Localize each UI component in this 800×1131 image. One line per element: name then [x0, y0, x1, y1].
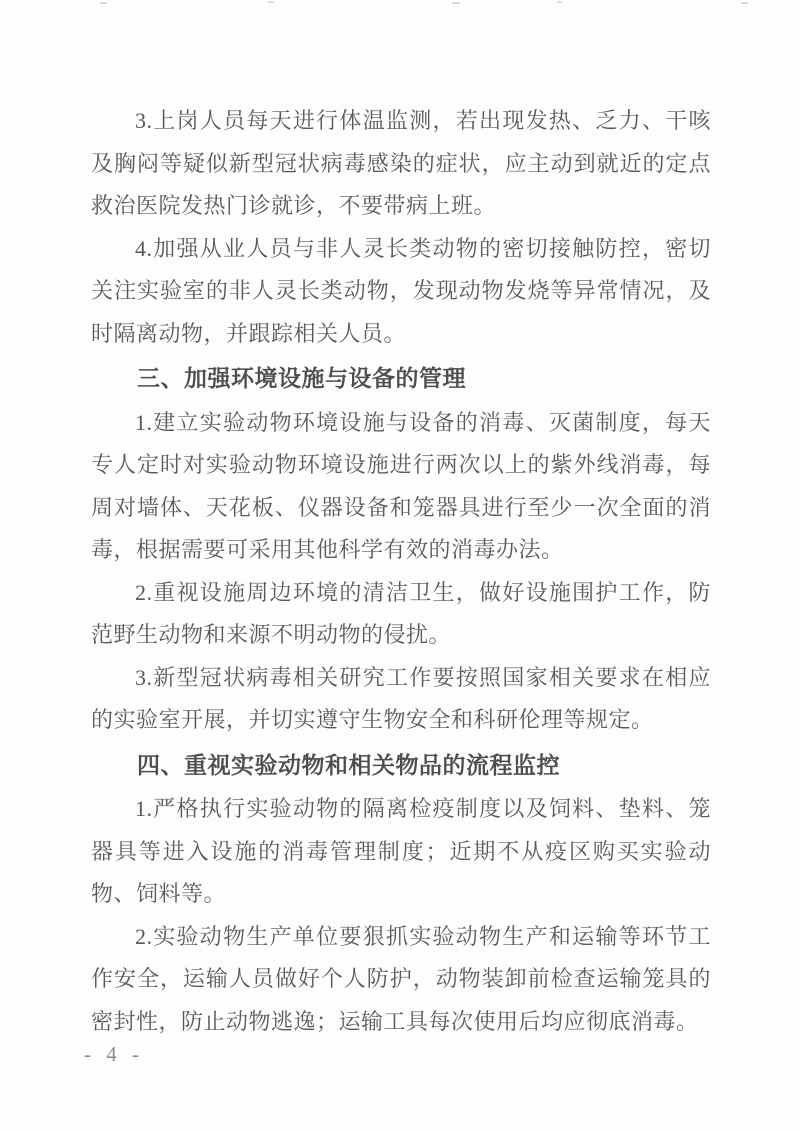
scan-artifact [741, 2, 748, 4]
paragraph: 2.重视设施周边环境的清洁卫生，做好设施围护工作，防范野生动物和来源不明动物的侵… [91, 572, 711, 657]
page-number: - 4 - [84, 1042, 144, 1067]
paragraph: 4.加强从业人员与非人灵长类动物的密切接触防控，密切关注实验室的非人灵长类动物，… [91, 228, 711, 356]
scan-artifact [452, 2, 460, 4]
document-body: 3.上岗人员每天进行体温监测，若出现发热、乏力、干咳及胸闷等疑似新型冠状病毒感染… [91, 100, 711, 1043]
paragraph: 3.上岗人员每天进行体温监测，若出现发热、乏力、干咳及胸闷等疑似新型冠状病毒感染… [91, 100, 711, 228]
paragraph: 3.新型冠状病毒相关研究工作要按照国家相关要求在相应的实验室开展，并切实遵守生物… [91, 657, 711, 742]
paragraph: 2.实验动物生产单位要狠抓实验动物生产和运输等环节工作安全，运输人员做好个人防护… [91, 916, 711, 1044]
section-heading: 四、重视实验动物和相关物品的流程监控 [91, 744, 711, 787]
scan-artifact [100, 2, 107, 4]
section-heading: 三、加强环境设施与设备的管理 [91, 357, 711, 400]
paragraph: 1.建立实验动物环境设施与设备的消毒、灭菌制度，每天专人定时对实验动物环境设施进… [91, 402, 711, 572]
scanned-document-page: 3.上岗人员每天进行体温监测，若出现发热、乏力、干咳及胸闷等疑似新型冠状病毒感染… [0, 0, 800, 1131]
scan-artifact [268, 1, 274, 3]
scan-artifact [557, 1, 562, 3]
paragraph: 1.严格执行实验动物的隔离检疫制度以及饲料、垫料、笼器具等进入设施的消毒管理制度… [91, 788, 711, 916]
